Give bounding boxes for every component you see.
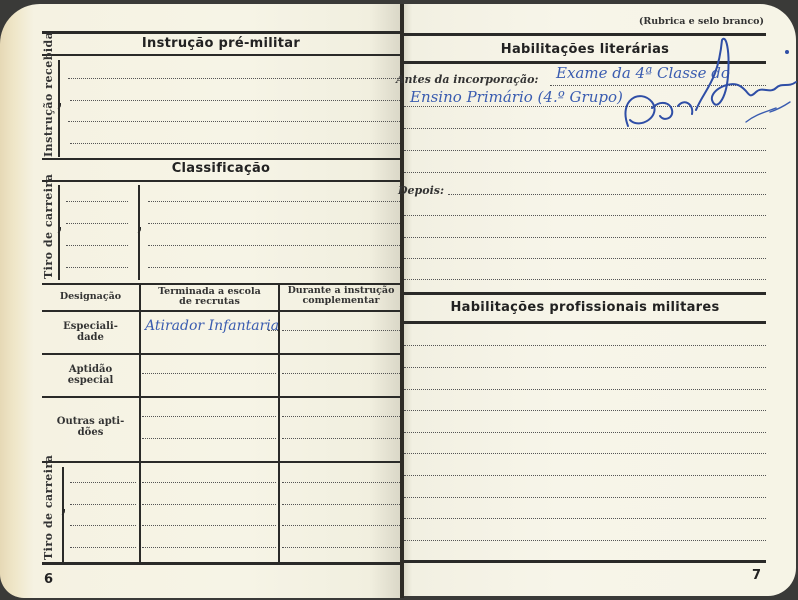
input-line[interactable] [282, 547, 400, 548]
input-line[interactable] [70, 525, 136, 526]
row-label-line: Outras apti- [42, 416, 139, 427]
brace-icon [58, 60, 67, 157]
input-line[interactable] [142, 525, 276, 526]
input-line[interactable] [282, 482, 400, 483]
signature-icon [600, 30, 798, 140]
input-line[interactable] [404, 279, 766, 280]
page-number-left: 6 [44, 572, 53, 587]
divider [42, 353, 400, 355]
input-line[interactable] [68, 78, 400, 79]
row-label-aptidao-especial: Aptidão especial [42, 364, 139, 386]
page-bottom-rule [404, 560, 766, 563]
input-line[interactable] [282, 416, 400, 417]
divider [42, 31, 400, 34]
input-line[interactable] [282, 373, 400, 374]
divider [42, 310, 400, 312]
input-line[interactable] [404, 410, 766, 411]
divider [42, 396, 400, 398]
input-line[interactable] [68, 121, 400, 122]
input-line[interactable] [142, 373, 276, 374]
handwritten-especialidade[interactable]: Atirador Infantaria [145, 318, 279, 334]
input-line[interactable] [66, 267, 128, 268]
label-antes-incorporacao: Antes da incorporação: [396, 73, 538, 86]
brace-icon [58, 185, 67, 280]
input-line[interactable] [142, 416, 276, 417]
input-line[interactable] [404, 497, 766, 498]
input-line[interactable] [282, 525, 400, 526]
section-title-classification: Classificação [42, 161, 400, 176]
input-line[interactable] [148, 267, 400, 268]
section-title-professional: Habilitações profissionais militares [404, 300, 766, 315]
input-line[interactable] [142, 482, 276, 483]
stamp-note: (Rubrica e selo branco) [600, 16, 764, 27]
input-line[interactable] [404, 540, 766, 541]
label-depois: Depois: [398, 184, 444, 197]
row-label-line: Especiali- [42, 321, 139, 332]
input-line[interactable] [148, 245, 400, 246]
input-line[interactable] [282, 438, 400, 439]
divider [42, 461, 400, 463]
row-label-line: dade [42, 332, 139, 343]
row-label-especialidade: Especiali- dade [42, 321, 139, 343]
input-line[interactable] [66, 223, 128, 224]
input-line[interactable] [282, 330, 400, 331]
input-line[interactable] [404, 258, 766, 259]
divider [42, 180, 400, 182]
input-line[interactable] [404, 518, 766, 519]
header-line: de recrutas [141, 297, 278, 307]
input-line[interactable] [282, 504, 400, 505]
input-line[interactable] [404, 453, 766, 454]
divider [42, 158, 400, 160]
input-line[interactable] [142, 438, 276, 439]
input-line[interactable] [70, 547, 136, 548]
row-label-outras-aptidoes: Outras apti- dões [42, 416, 139, 438]
divider [42, 54, 400, 56]
divider [404, 321, 766, 324]
input-line[interactable] [404, 237, 766, 238]
brace-icon [138, 185, 147, 280]
input-line[interactable] [404, 432, 766, 433]
input-line[interactable] [404, 150, 766, 151]
input-line[interactable] [70, 143, 400, 144]
row-label-line: dões [42, 427, 139, 438]
row-label-line: Aptidão [42, 364, 139, 375]
input-line[interactable] [70, 504, 136, 505]
input-line[interactable] [148, 201, 400, 202]
table-column-divider [139, 283, 141, 563]
input-line[interactable] [404, 367, 766, 368]
section-title-pre-military: Instrução pré-militar [42, 36, 400, 51]
table-header-durante: Durante a instrução complementar [280, 286, 402, 306]
input-line[interactable] [66, 245, 128, 246]
divider [404, 292, 766, 295]
table-header-terminada: Terminada a escola de recrutas [141, 287, 278, 307]
handwritten-antes-line2[interactable]: Ensino Primário (4.º Grupo) [410, 88, 623, 106]
input-line[interactable] [70, 100, 400, 101]
input-line[interactable] [404, 215, 766, 216]
input-line[interactable] [148, 223, 400, 224]
input-line-depois[interactable] [448, 194, 766, 195]
input-line[interactable] [404, 172, 766, 173]
header-line: complementar [280, 296, 402, 306]
input-line[interactable] [404, 475, 766, 476]
row-label-line: especial [42, 375, 139, 386]
table-bottom-rule [42, 562, 400, 565]
page-number-right: 7 [752, 568, 761, 583]
input-line[interactable] [70, 482, 136, 483]
input-line[interactable] [142, 504, 276, 505]
input-line[interactable] [142, 547, 276, 548]
table-header-designacao: Designação [42, 292, 139, 302]
input-line[interactable] [66, 201, 128, 202]
row-label-tiro-de-carreira: Tiro de carreira [42, 455, 55, 560]
input-line[interactable] [404, 128, 766, 129]
input-line[interactable] [404, 389, 766, 390]
input-line[interactable] [404, 345, 766, 346]
input-line[interactable] [268, 330, 278, 331]
side-label-instrucao-recebida: Instrução recebida [42, 32, 55, 157]
